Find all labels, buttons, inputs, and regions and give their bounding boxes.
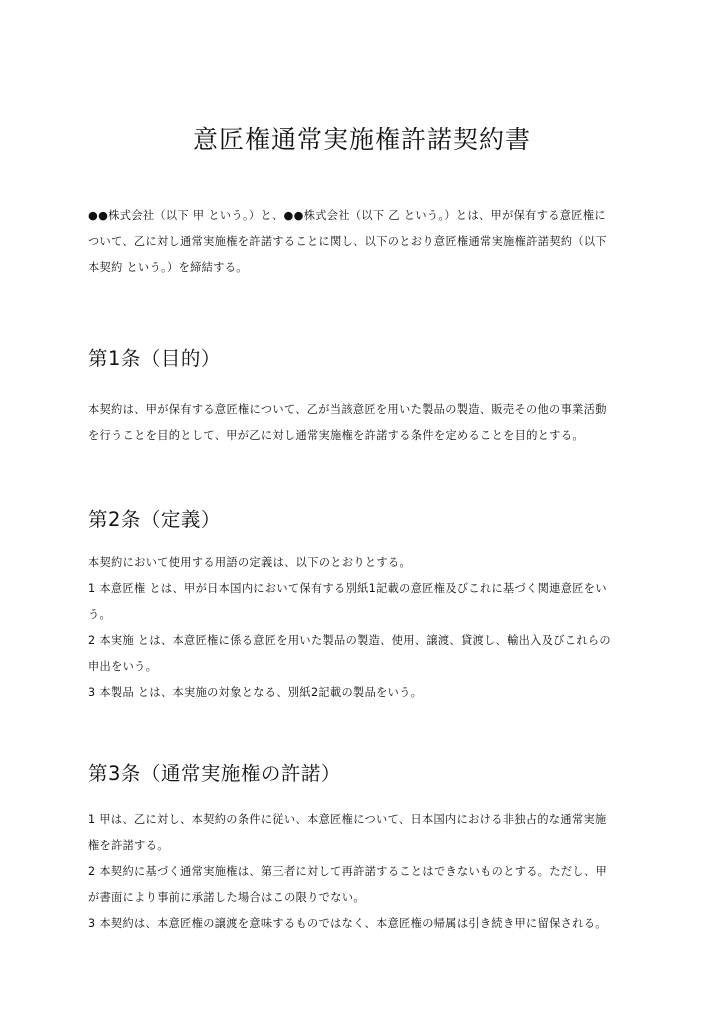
article-1-body: 本契約は、甲が保有する意匠権について、乙が当該意匠を用いた製品の製造、販売その他… (88, 397, 640, 449)
article-3-line: 権を許諾する。 (88, 833, 640, 859)
article-3-heading: 第3条（通常実施権の許諾） (88, 760, 341, 788)
preamble-line: ●●株式会社（以下 甲 という。）と、●●株式会社（以下 乙 という。）とは、甲… (88, 203, 640, 229)
article-1-heading: 第1条（目的） (88, 345, 221, 373)
article-2-line: 2 本実施 とは、本意匠権に係る意匠を用いた製品の製造、使用、譲渡、貸渡し、輸出… (88, 628, 640, 654)
article-2-heading: 第2条（定義） (88, 506, 221, 534)
article-1-line: を行うことを目的として、甲が乙に対し通常実施権を許諾する条件を定めることを目的と… (88, 423, 640, 449)
article-1-line: 本契約は、甲が保有する意匠権について、乙が当該意匠を用いた製品の製造、販売その他… (88, 397, 640, 423)
article-2-line: 申出をいう。 (88, 654, 640, 680)
article-2-line: 3 本製品 とは、本実施の対象となる、別紙2記載の製品をいう。 (88, 680, 640, 706)
preamble-paragraph: ●●株式会社（以下 甲 という。）と、●●株式会社（以下 乙 という。）とは、甲… (88, 203, 640, 281)
document-page: 意匠権通常実施権許諾契約書 ●●株式会社（以下 甲 という。）と、●●株式会社（… (0, 0, 724, 1024)
preamble-line: ついて、乙に対し通常実施権を許諾することに関し、以下のとおり意匠権通常実施権許諾… (88, 229, 640, 255)
article-3-line: が書面により事前に承諾した場合はこの限りでない。 (88, 885, 640, 911)
preamble-line: 本契約 という。）を締結する。 (88, 255, 640, 281)
article-3-line: 3 本契約は、本意匠権の譲渡を意味するものではなく、本意匠権の帰属は引き続き甲に… (88, 911, 640, 937)
article-3-body: 1 甲は、乙に対し、本契約の条件に従い、本意匠権について、日本国内における非独占… (88, 807, 640, 937)
article-3-line: 2 本契約に基づく通常実施権は、第三者に対して再許諾することはできないものとする… (88, 859, 640, 885)
article-2-line: う。 (88, 602, 640, 628)
article-3-line: 1 甲は、乙に対し、本契約の条件に従い、本意匠権について、日本国内における非独占… (88, 807, 640, 833)
article-2-line: 1 本意匠権 とは、甲が日本国内において保有する別紙1記載の意匠権及びこれに基づ… (88, 576, 640, 602)
document-title: 意匠権通常実施権許諾契約書 (0, 122, 724, 158)
article-2-body: 本契約において使用する用語の定義は、以下のとおりとする。 1 本意匠権 とは、甲… (88, 550, 640, 706)
article-2-line: 本契約において使用する用語の定義は、以下のとおりとする。 (88, 550, 640, 576)
